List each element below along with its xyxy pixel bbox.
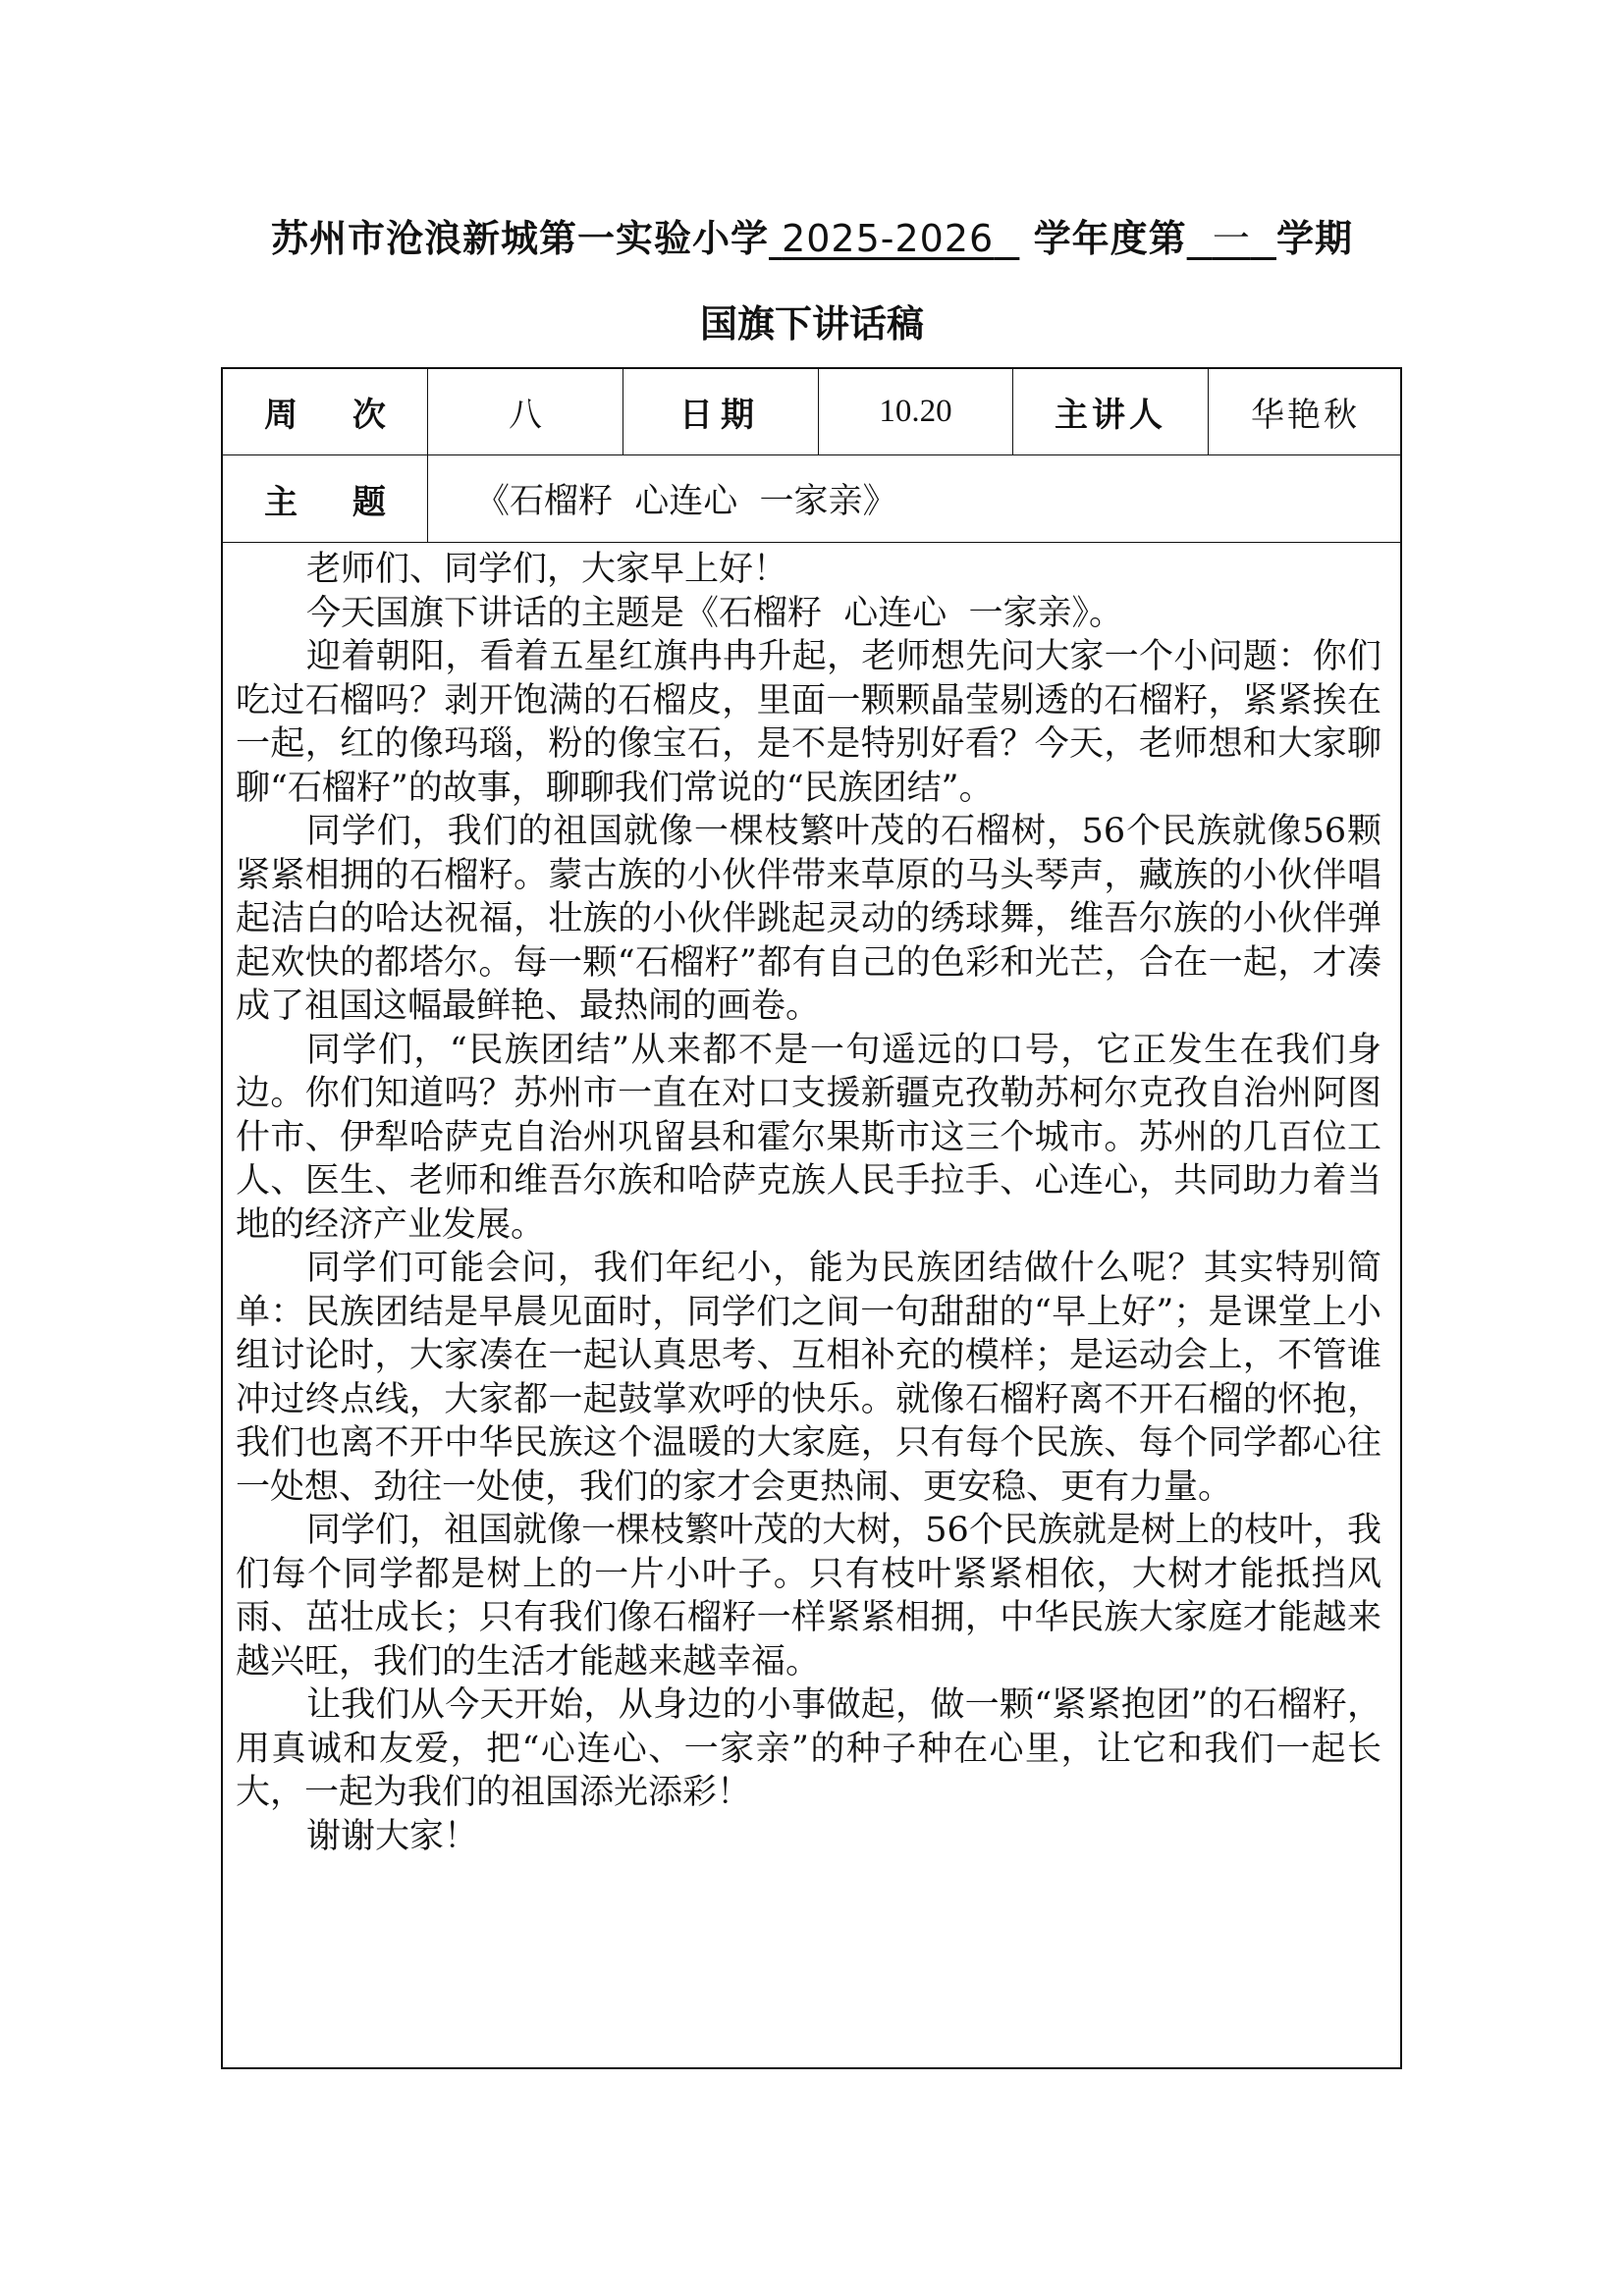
school-name: 苏州市沧浪新城第一实验小学 — [271, 217, 769, 260]
document-title: 国旗下讲话稿 — [0, 299, 1624, 348]
info-row: 周 次 八 日期 10.20 主讲人 华艳秋 — [223, 369, 1400, 455]
term-suffix: 学期 — [1276, 217, 1353, 260]
speech-form-table: 周 次 八 日期 10.20 主讲人 华艳秋 主 题 《石榴籽 心连心 一家亲》… — [221, 367, 1402, 2069]
topic-row: 主 题 《石榴籽 心连心 一家亲》 — [223, 455, 1400, 543]
topic-value: 《石榴籽 心连心 一家亲》 — [427, 455, 1400, 542]
week-label: 周 次 — [223, 369, 427, 454]
date-label: 日期 — [623, 369, 818, 454]
paragraph: 今天国旗下讲话的主题是《石榴籽 心连心 一家亲》。 — [236, 592, 1381, 636]
topic-label: 主 题 — [223, 455, 427, 542]
school-year-suffix: 学年度第 — [1034, 217, 1187, 260]
speaker-label: 主讲人 — [1012, 369, 1208, 454]
week-value: 八 — [427, 369, 623, 454]
term-number: 一 — [1187, 217, 1276, 260]
paragraph: 同学们，“民族团结”从来都不是一句遥远的口号，它正发生在我们身边。你们知道吗？苏… — [236, 1029, 1381, 1248]
page-title: 苏州市沧浪新城第一实验小学 2025-2026 学年度第 一 学期 — [0, 214, 1624, 263]
paragraph: 老师们、同学们，大家早上好！ — [236, 548, 1381, 592]
speaker-value: 华艳秋 — [1208, 369, 1402, 454]
paragraph: 让我们从今天开始，从身边的小事做起，做一颗“紧紧抱团”的石榴籽，用真诚和友爱，把… — [236, 1683, 1381, 1815]
paragraph: 同学们可能会问，我们年纪小，能为民族团结做什么呢？其实特别简单：民族团结是早晨见… — [236, 1247, 1381, 1509]
paragraph: 同学们，祖国就像一棵枝繁叶茂的大树，56个民族就是树上的枝叶，我们每个同学都是树… — [236, 1509, 1381, 1683]
school-year: 2025-2026 — [769, 217, 1019, 260]
paragraph: 谢谢大家！ — [236, 1815, 1381, 1859]
paragraph: 迎着朝阳，看着五星红旗冉冉升起，老师想先问大家一个小问题：你们吃过石榴吗？剥开饱… — [236, 635, 1381, 810]
date-value: 10.20 — [818, 369, 1012, 454]
paragraph: 同学们，我们的祖国就像一棵枝繁叶茂的石榴树，56个民族就像56颗紧紧相拥的石榴籽… — [236, 810, 1381, 1029]
speech-body: 老师们、同学们，大家早上好！ 今天国旗下讲话的主题是《石榴籽 心连心 一家亲》。… — [236, 548, 1381, 1858]
